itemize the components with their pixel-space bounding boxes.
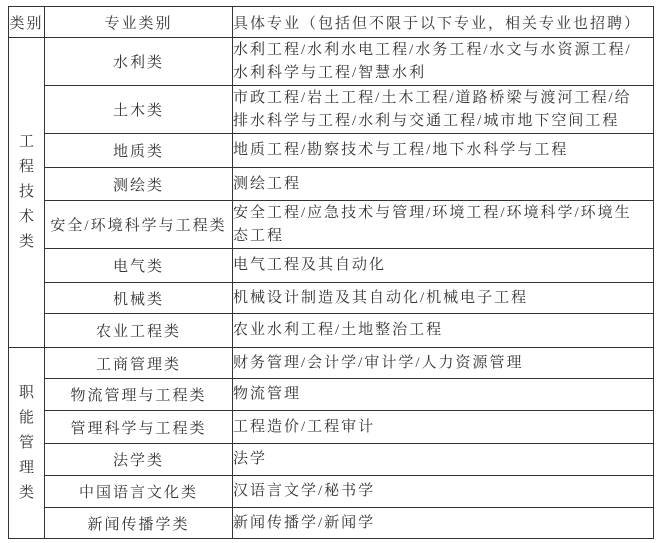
recruitment-majors-table-wrap: 类别 专业类别 具体专业（包括但不限于以下专业，相关专业也招聘） 工程技术类 水… (8, 6, 654, 539)
majors-cell: 工程造价/工程审计 (233, 411, 654, 444)
major-type-cell: 机械类 (45, 283, 233, 314)
table-row: 地质类 地质工程/勘察技术与工程/地下水科学与工程 (9, 134, 654, 168)
header-category: 类别 (9, 7, 45, 38)
table-row: 农业工程类 农业水利工程/土地整治工程 (9, 314, 654, 348)
major-type-cell: 物流管理与工程类 (45, 379, 233, 411)
major-type-cell: 地质类 (45, 134, 233, 168)
table-row: 测绘类 测绘工程 (9, 168, 654, 201)
major-type-cell: 新闻传播学类 (45, 508, 233, 539)
major-type-cell: 工商管理类 (45, 348, 233, 379)
majors-cell: 农业水利工程/土地整治工程 (233, 314, 654, 348)
major-type-cell: 土木类 (45, 86, 233, 134)
majors-cell: 地质工程/勘察技术与工程/地下水科学与工程 (233, 134, 654, 168)
table-row: 土木类 市政工程/岩土工程/土木工程/道路桥梁与渡河工程/给 排水科学与工程/水… (9, 86, 654, 134)
majors-cell: 汉语言文学/秘书学 (233, 476, 654, 508)
majors-cell: 物流管理 (233, 379, 654, 411)
table-row: 安全/环境科学与工程类 安全工程/应急技术与管理/环境工程/环境科学/环境生 态… (9, 201, 654, 249)
majors-cell: 财务管理/会计学/审计学/人力资源管理 (233, 348, 654, 379)
major-type-cell: 水利类 (45, 38, 233, 86)
major-type-cell: 安全/环境科学与工程类 (45, 201, 233, 249)
major-type-cell: 法学类 (45, 444, 233, 476)
major-type-cell: 农业工程类 (45, 314, 233, 348)
table-row: 工程技术类 水利类 水利工程/水利水电工程/水务工程/水文与水资源工程/ 水利科… (9, 38, 654, 86)
majors-cell: 机械设计制造及其自动化/机械电子工程 (233, 283, 654, 314)
table-row: 物流管理与工程类 物流管理 (9, 379, 654, 411)
section-category-label: 职能管理类 (19, 381, 35, 506)
table-row: 机械类 机械设计制造及其自动化/机械电子工程 (9, 283, 654, 314)
header-major-type: 专业类别 (45, 7, 233, 38)
recruitment-majors-table: 类别 专业类别 具体专业（包括但不限于以下专业，相关专业也招聘） 工程技术类 水… (8, 6, 654, 539)
major-type-cell: 管理科学与工程类 (45, 411, 233, 444)
table-row: 中国语言文化类 汉语言文学/秘书学 (9, 476, 654, 508)
table-row: 新闻传播学类 新闻传播学/新闻学 (9, 508, 654, 539)
major-type-cell: 电气类 (45, 249, 233, 283)
majors-cell: 电气工程及其自动化 (233, 249, 654, 283)
majors-cell: 水利工程/水利水电工程/水务工程/水文与水资源工程/ 水利科学与工程/智慧水利 (233, 38, 654, 86)
majors-cell: 测绘工程 (233, 168, 654, 201)
section-category-label: 工程技术类 (19, 130, 35, 255)
section-category-cell: 职能管理类 (9, 348, 45, 539)
section-category-cell: 工程技术类 (9, 38, 45, 348)
majors-cell: 新闻传播学/新闻学 (233, 508, 654, 539)
majors-cell: 法学 (233, 444, 654, 476)
majors-cell: 市政工程/岩土工程/土木工程/道路桥梁与渡河工程/给 排水科学与工程/水利与交通… (233, 86, 654, 134)
table-row: 电气类 电气工程及其自动化 (9, 249, 654, 283)
header-majors: 具体专业（包括但不限于以下专业，相关专业也招聘） (233, 7, 654, 38)
header-row: 类别 专业类别 具体专业（包括但不限于以下专业，相关专业也招聘） (9, 7, 654, 38)
table-row: 职能管理类 工商管理类 财务管理/会计学/审计学/人力资源管理 (9, 348, 654, 379)
table-row: 法学类 法学 (9, 444, 654, 476)
major-type-cell: 中国语言文化类 (45, 476, 233, 508)
major-type-cell: 测绘类 (45, 168, 233, 201)
table-row: 管理科学与工程类 工程造价/工程审计 (9, 411, 654, 444)
majors-cell: 安全工程/应急技术与管理/环境工程/环境科学/环境生 态工程 (233, 201, 654, 249)
